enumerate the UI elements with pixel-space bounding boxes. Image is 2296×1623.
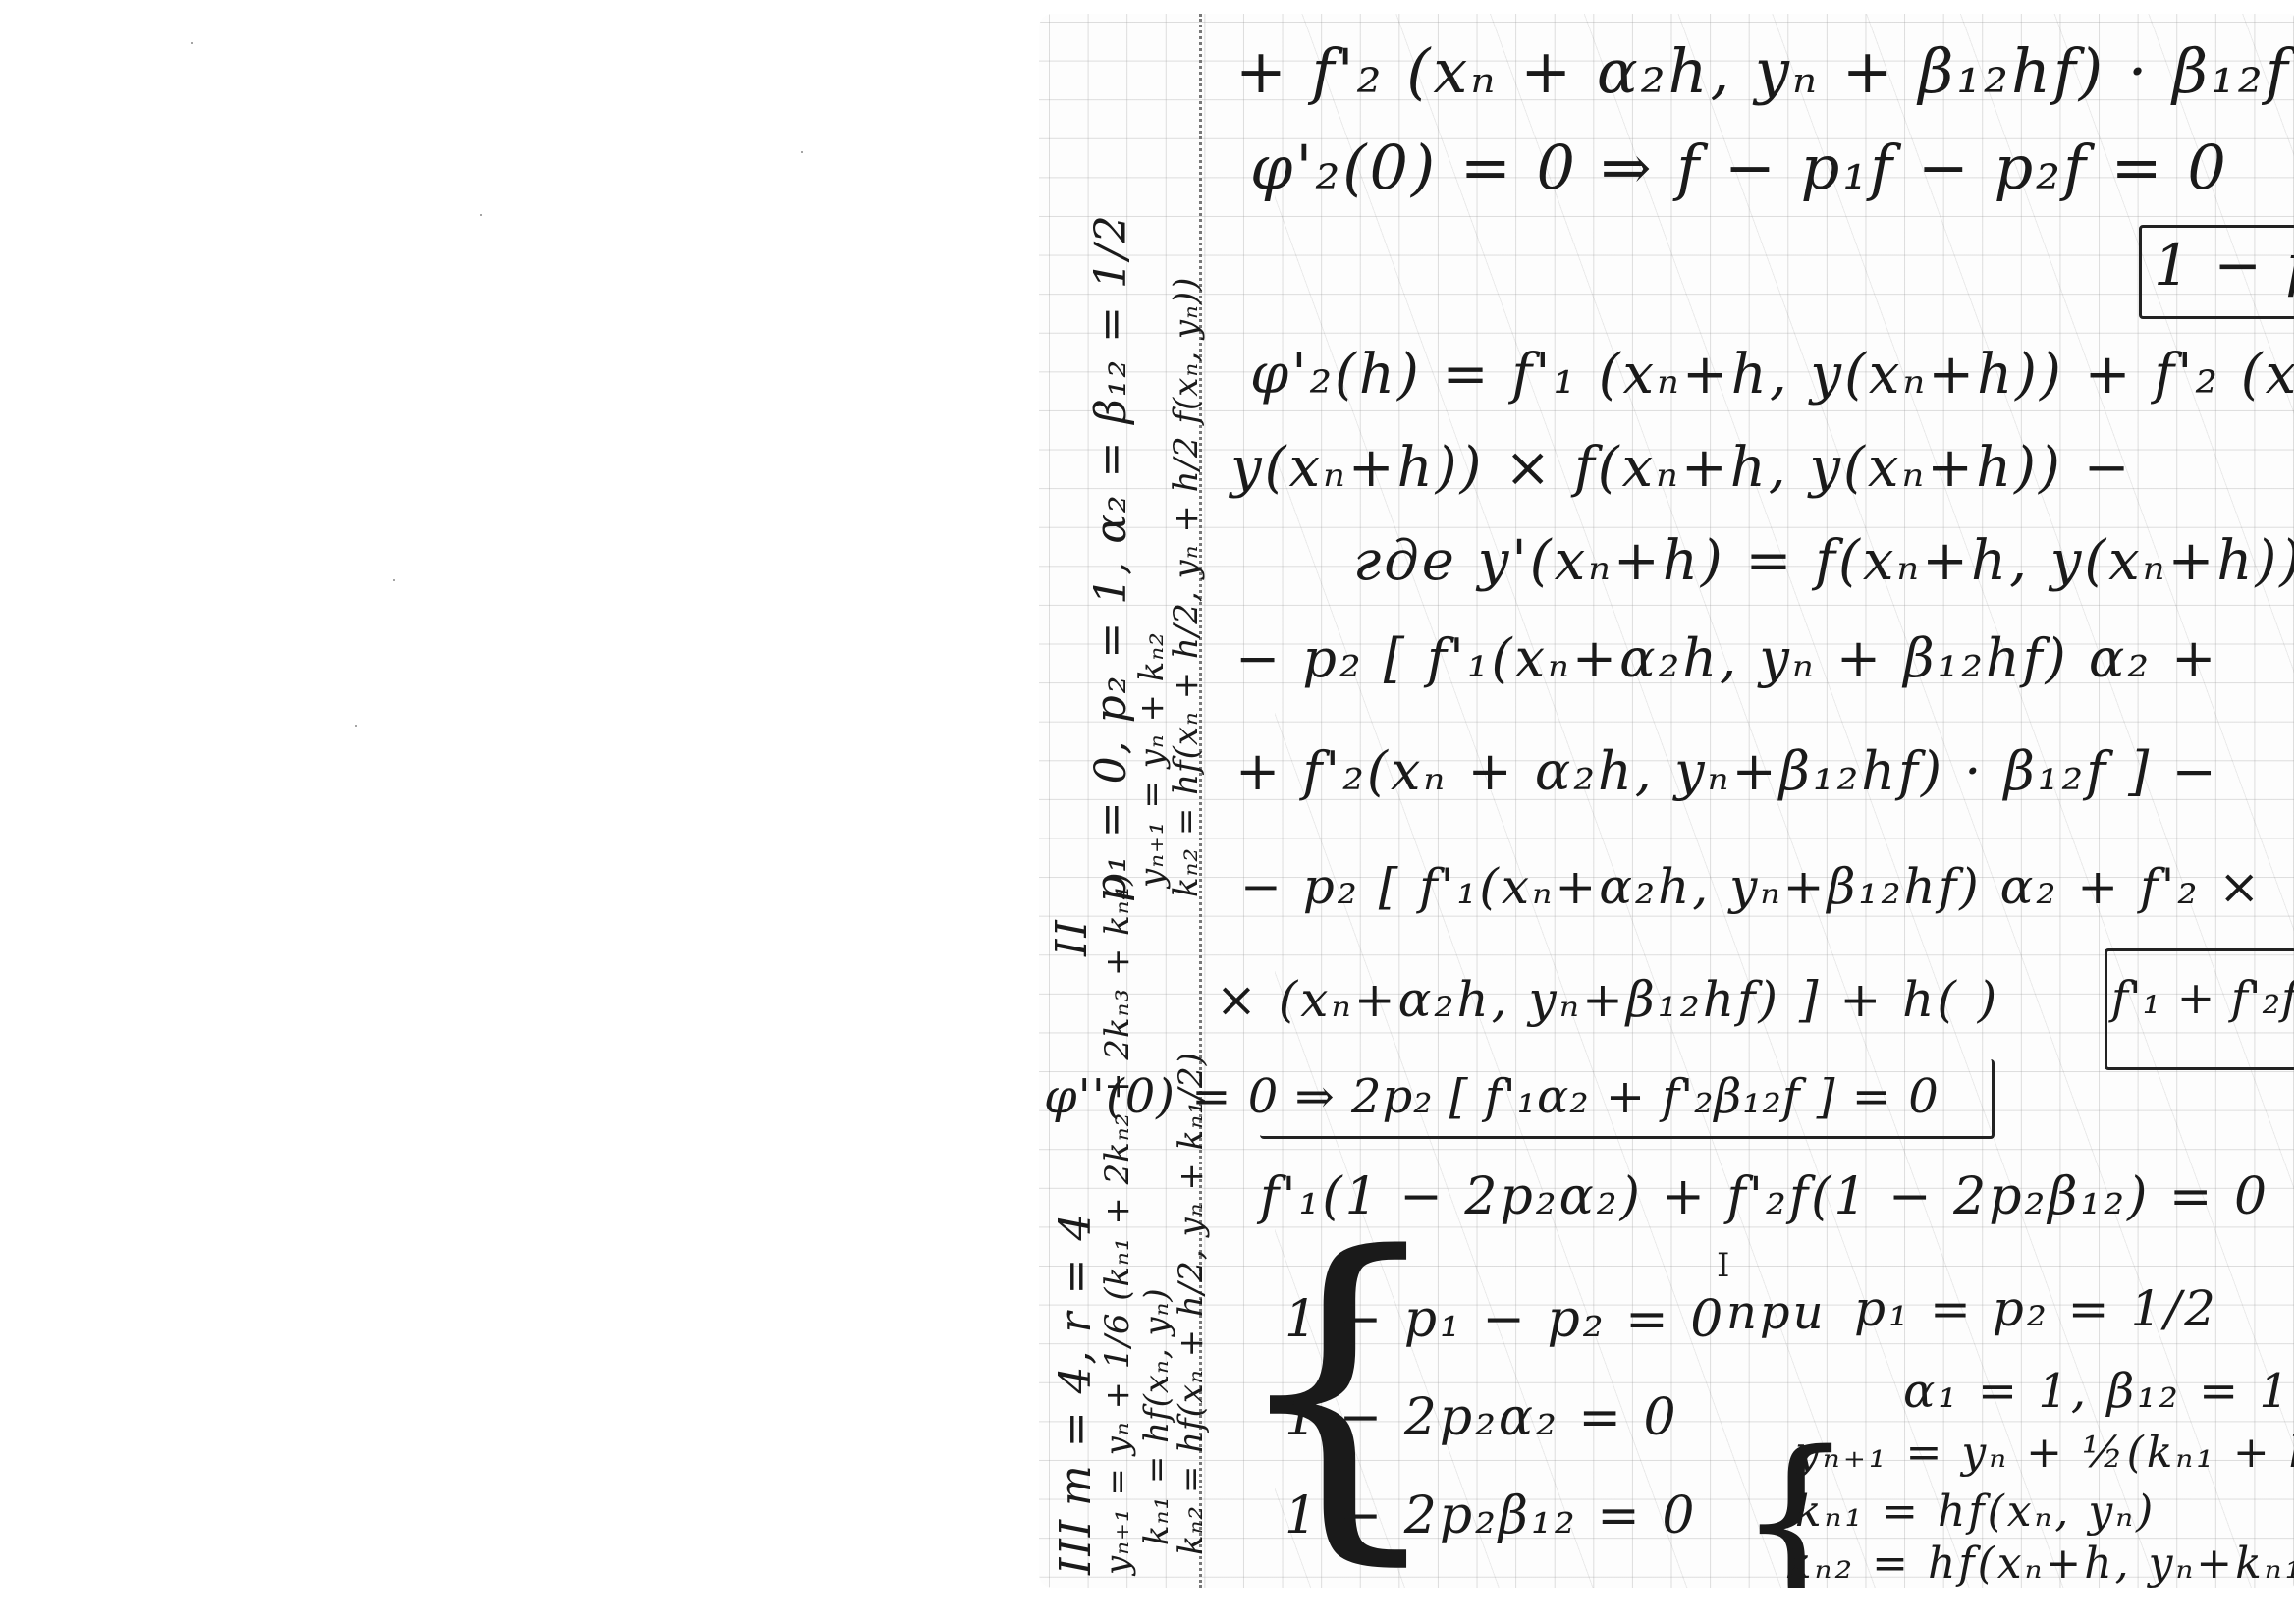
blank-left-page: [0, 0, 1031, 1623]
case-I-formula-2: kₙ₁ = hf(xₙ, yₙ): [1795, 1487, 2156, 1537]
scan-speck: [480, 214, 482, 216]
line-9: − p₂ [ f'₁(xₙ+α₂h, yₙ+β₁₂hf) α₂ + f'₂ ×: [1240, 858, 2263, 915]
line-2: φ'₂(0) = 0 ⇒ f − p₁f − p₂f = 0: [1250, 132, 2229, 203]
line-10b: f'₁ + f'₂f −: [2111, 971, 2294, 1024]
case-I-condition-1: p₁ = p₂ = 1/2: [1854, 1280, 2218, 1337]
case-III-line-4: kₙ₂ = hf(xₙ + h/2, yₙ + kₙ₁/2): [1172, 1052, 1211, 1555]
line-4: φ'₂(h) = f'₁ (xₙ+h, y(xₙ+h)) + f'₂ (xₙ+h…: [1250, 343, 2294, 406]
scan-speck: [191, 42, 193, 44]
case-II-marker: II: [1047, 918, 1097, 956]
system-eq-3: 1 − 2p₂β₁₂ = 0: [1285, 1487, 1697, 1545]
system-eq-1: 1 − p₁ − p₂ = 0: [1285, 1290, 1725, 1349]
case-III-line-2: yₙ₊₁ = yₙ + 1/6 (kₙ₁ + 2kₙ₂ + 2kₙ₃ + kₙ₄…: [1098, 872, 1137, 1575]
line-1: + f'₂ (xₙ + α₂h, yₙ + β₁₂hf) · β₁₂f ]: [1235, 35, 2294, 107]
case-II-line-1: p₁ = 0, p₂ = 1, α₂ = β₁₂ = 1/2: [1086, 213, 1136, 902]
case-I-condition-label: при: [1726, 1285, 1827, 1340]
notebook-page: + f'₂ (xₙ + α₂h, yₙ + β₁₂hf) · β₁₂f ] φ'…: [1039, 14, 2294, 1588]
case-I-formula-1: yₙ₊₁ = yₙ + ½(kₙ₁ + kₙ₂): [1795, 1428, 2294, 1478]
system-eq-2: 1 − 2p₂α₂ = 0: [1285, 1388, 1679, 1447]
case-III-marker: III: [1051, 1518, 1101, 1575]
case-II-line-2: yₙ₊₁ = yₙ + kₙ₂: [1132, 631, 1172, 888]
line-10: × (xₙ+α₂h, yₙ+β₁₂hf) ] + h( ): [1216, 971, 1999, 1028]
case-I-formula-3: kₙ₂ = hf(xₙ+h, yₙ+kₙ₁): [1785, 1539, 2294, 1588]
case-I-condition-2: α₁ = 1, β₁₂ = 1: [1903, 1364, 2292, 1419]
line-8: + f'₂(xₙ + α₂h, yₙ+β₁₂hf) · β₁₂f ] −: [1235, 740, 2219, 802]
line-5: y(xₙ+h)) × f(xₙ+h, y(xₙ+h)) −: [1230, 436, 2133, 500]
scan-speck: [355, 725, 357, 727]
scan-speck: [393, 579, 395, 581]
line-3-boxed: 1 − p₁ − p₂ = 0.: [2154, 232, 2294, 298]
case-II-line-3: kₙ₂ = hf(xₙ + h/2, yₙ + h/2 f(xₙ, yₙ)): [1167, 277, 1206, 897]
case-III-line-3: kₙ₁ = hf(xₙ, yₙ): [1137, 1287, 1176, 1545]
case-I-marker: I: [1717, 1246, 1732, 1285]
scanned-spread: + f'₂ (xₙ + α₂h, yₙ + β₁₂hf) · β₁₂f ] φ'…: [0, 0, 2296, 1623]
line-7: − p₂ [ f'₁(xₙ+α₂h, yₙ + β₁₂hf) α₂ +: [1235, 627, 2218, 689]
line-6: где y'(xₙ+h) = f(xₙ+h, y(xₙ+h)): [1353, 529, 2294, 593]
scan-speck: [801, 151, 803, 153]
case-III-line-1: m = 4, r = 4: [1051, 1212, 1101, 1506]
